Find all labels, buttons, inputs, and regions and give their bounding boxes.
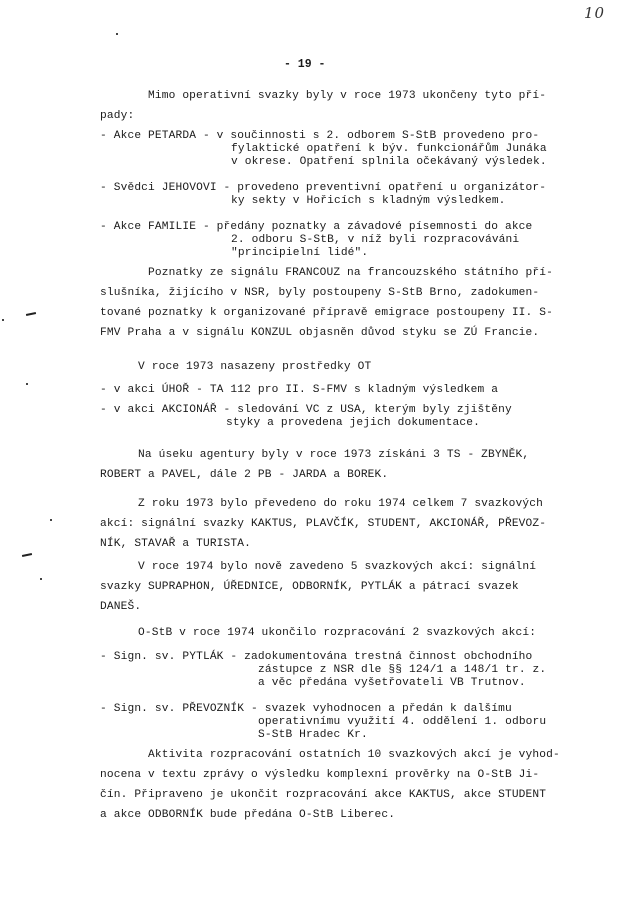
ot-item-2: - v akci AKCIONÁŘ - sledování VC z USA, …: [100, 404, 512, 416]
aktivita-line-2: nocena v textu zprávy o výsledku komplex…: [100, 769, 539, 781]
nove-line-3: DANEŠ.: [100, 601, 141, 613]
speck: [50, 519, 52, 521]
prevedeno-line-3: NÍK, STAVAŘ a TURISTA.: [100, 538, 251, 550]
intro-line-1: Mimo operativní svazky byly v roce 1973 …: [148, 90, 546, 102]
document-page: 10 - 19 - Mimo operativní svazky byly v …: [0, 0, 638, 904]
margin-mark: [22, 553, 32, 557]
francouz-line-4: FMV Praha a v signálu KONZUL objasněn dů…: [100, 327, 539, 339]
handwritten-page-number: 10: [584, 4, 605, 22]
prevedeno-line-2: akcí: signální svazky KAKTUS, PLAVČÍK, S…: [100, 518, 546, 530]
prevedeno-line-1: Z roku 1973 bylo převedeno do roku 1974 …: [138, 498, 543, 510]
page-number: - 19 -: [284, 58, 325, 71]
francouz-line-3: tované poznatky k organizované přípravě …: [100, 307, 553, 319]
pytlak-line-3: a věc předána vyšetřovateli VB Trutnov.: [258, 677, 526, 689]
pytlak-line-2: zástupce z NSR dle §§ 124/1 a 148/1 tr. …: [258, 664, 546, 676]
familie-line-3: "principielní lidé".: [231, 247, 368, 259]
margin-mark: [26, 312, 36, 316]
prevoznik-line-3: S-StB Hradec Kr.: [258, 729, 368, 741]
speck: [116, 33, 118, 35]
agentura-line-2: ROBERT a PAVEL, dále 2 PB - JARDA a BORE…: [100, 469, 388, 481]
ot-heading: V roce 1973 nasazeny prostředky OT: [138, 361, 371, 373]
ukoncilo-line: O-StB v roce 1974 ukončilo rozpracování …: [138, 627, 536, 639]
petarda-line-1: - Akce PETARDA - v součinnosti s 2. odbo…: [100, 130, 539, 142]
francouz-line-1: Poznatky ze signálu FRANCOUZ na francouz…: [148, 267, 553, 279]
prevoznik-line-1: - Sign. sv. PŘEVOZNÍK - svazek vyhodnoce…: [100, 703, 512, 715]
francouz-line-2: slušníka, žijícího v NSR, byly postoupen…: [100, 287, 539, 299]
agentura-line-1: Na úseku agentury byly v roce 1973 získá…: [138, 449, 529, 461]
aktivita-line-3: čín. Připraveno je ukončit rozpracování …: [100, 789, 546, 801]
speck: [40, 578, 42, 580]
aktivita-line-1: Aktivita rozpracování ostatních 10 svazk…: [148, 749, 560, 761]
petarda-line-3: v okrese. Opatření splnila očekávaný výs…: [231, 156, 547, 168]
ot-item-1: - v akci ÚHOŘ - TA 112 pro II. S-FMV s k…: [100, 384, 498, 396]
intro-line-2: pady:: [100, 110, 134, 122]
ot-item-2-cont: styky a provedena jejich dokumentace.: [226, 417, 480, 429]
nove-line-2: svazky SUPRAPHON, ÚŘEDNICE, ODBORNÍK, PY…: [100, 581, 519, 593]
prevoznik-line-2: operativnímu využití 4. oddělení 1. odbo…: [258, 716, 546, 728]
jehovovi-line-2: ky sekty v Hořicích s kladným výsledkem.: [231, 195, 506, 207]
pytlak-line-1: - Sign. sv. PYTLÁK - zadokumentována tre…: [100, 651, 532, 663]
speck: [2, 319, 4, 321]
speck: [26, 383, 28, 385]
jehovovi-line-1: - Svědci JEHOVOVI - provedeno preventivn…: [100, 182, 546, 194]
familie-line-2: 2. odboru S-StB, v níž byli rozpracovává…: [231, 234, 519, 246]
aktivita-line-4: a akce ODBORNÍK bude předána O-StB Liber…: [100, 809, 395, 821]
nove-line-1: V roce 1974 bylo nově zavedeno 5 svazkov…: [138, 561, 536, 573]
petarda-line-2: fylaktické opatření k býv. funkcionářům …: [231, 143, 547, 155]
familie-line-1: - Akce FAMILIE - předány poznatky a záva…: [100, 221, 532, 233]
